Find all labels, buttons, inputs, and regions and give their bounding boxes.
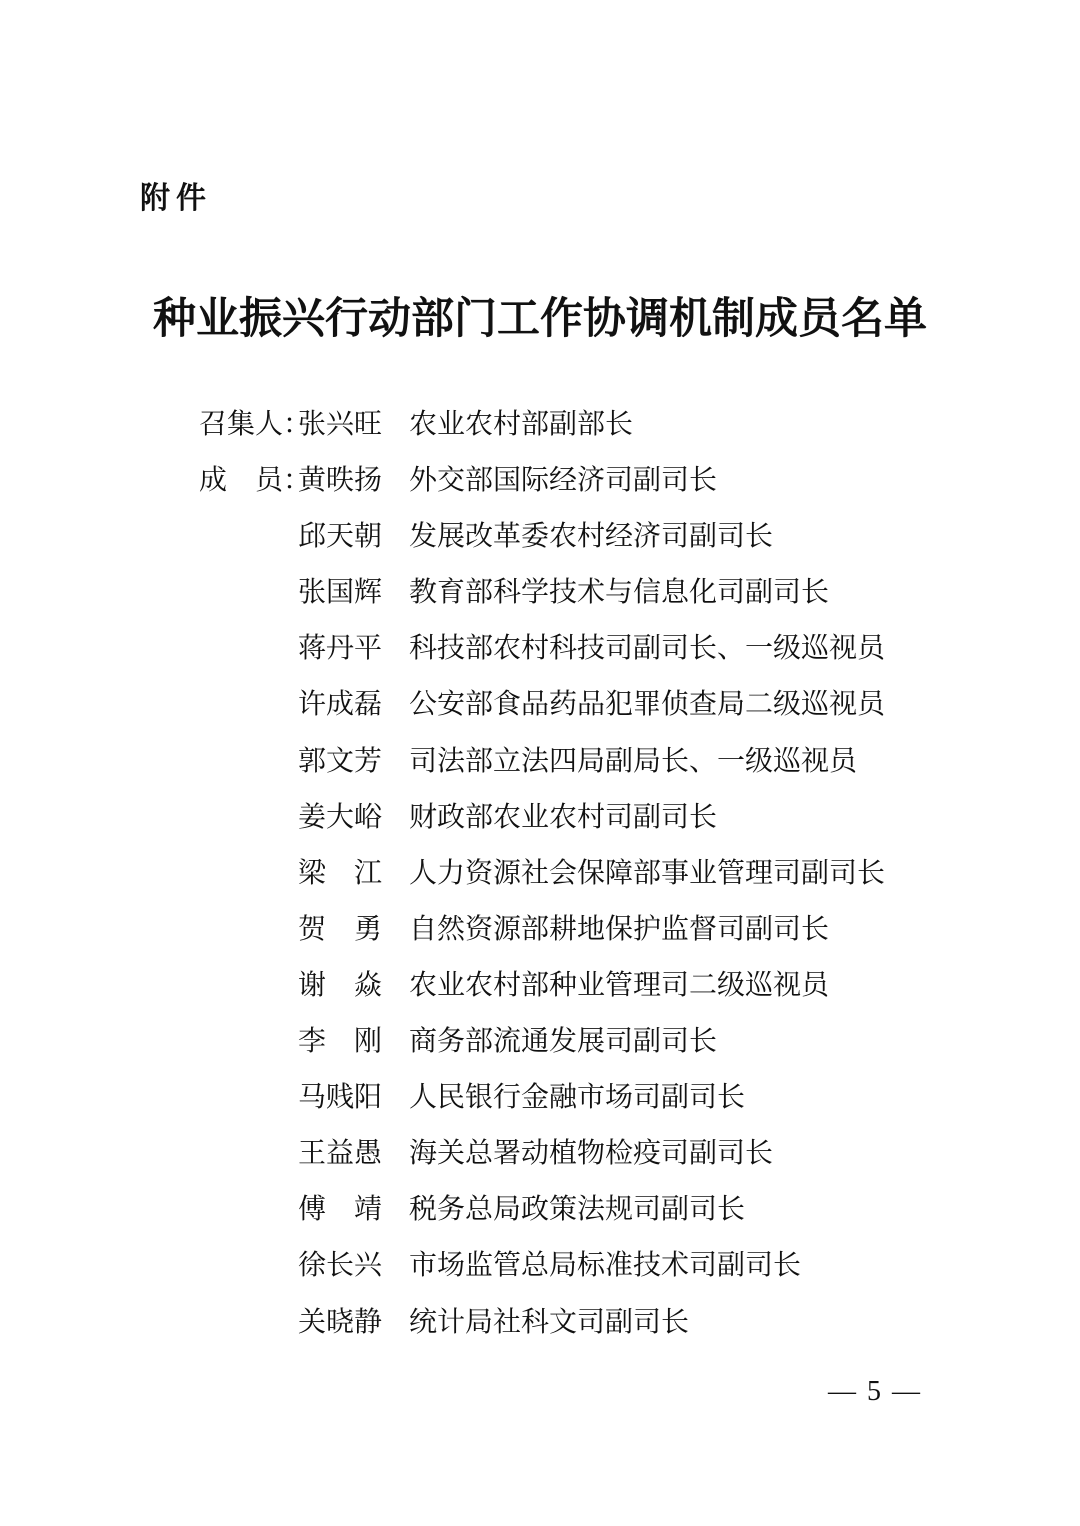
member-position: 科技部农村科技司副司长、一级巡视员 [409, 635, 885, 663]
member-position: 公安部食品药品犯罪侦查局二级巡视员 [409, 691, 885, 719]
member-name: 关晓静 [298, 1309, 390, 1337]
member-position: 商务部流通发展司副司长 [409, 1028, 717, 1056]
member-row: 蒋丹平 科技部农村科技司副司长、一级巡视员 [199, 635, 885, 691]
member-name: 张国辉 [298, 579, 390, 607]
member-position: 自然资源部耕地保护监督司副司长 [409, 916, 829, 944]
member-name: 张兴旺 [298, 411, 390, 439]
attachment-label: 附件 [140, 184, 212, 214]
member-name: 蒋丹平 [298, 635, 390, 663]
member-name: 徐长兴 [298, 1252, 390, 1280]
document-page: 附件 种业振兴行动部门工作协调机制成员名单 召集人： 张兴旺 农业农村部副部长 … [0, 0, 1080, 1526]
member-position: 教育部科学技术与信息化司副司长 [409, 579, 829, 607]
page-number: — 5 — [828, 1378, 922, 1406]
member-name: 郭文芳 [298, 748, 390, 776]
member-row: 许成磊 公安部食品药品犯罪侦查局二级巡视员 [199, 691, 885, 747]
member-position: 农业农村部种业管理司二级巡视员 [409, 972, 829, 1000]
member-row: 李 刚 商务部流通发展司副司长 [199, 1028, 885, 1084]
member-position: 税务总局政策法规司副司长 [409, 1196, 745, 1224]
member-row: 徐长兴 市场监管总局标准技术司副司长 [199, 1252, 885, 1308]
member-row: 成 员： 黄昳扬 外交部国际经济司副司长 [199, 467, 885, 523]
member-row: 姜大峪 财政部农业农村司副司长 [199, 804, 885, 860]
member-row: 郭文芳 司法部立法四局副局长、一级巡视员 [199, 748, 885, 804]
member-name: 邱天朝 [298, 523, 390, 551]
member-row: 邱天朝 发展改革委农村经济司副司长 [199, 523, 885, 579]
member-name: 马贱阳 [298, 1084, 390, 1112]
member-position: 海关总署动植物检疫司副司长 [409, 1140, 773, 1168]
member-name: 许成磊 [298, 691, 390, 719]
member-row: 梁 江 人力资源社会保障部事业管理司副司长 [199, 860, 885, 916]
member-row: 召集人： 张兴旺 农业农村部副部长 [199, 411, 885, 467]
member-row-label: 召集人： [199, 411, 298, 439]
member-row-label: 成 员： [199, 467, 298, 495]
member-position: 人民银行金融市场司副司长 [409, 1084, 745, 1112]
member-name: 谢 焱 [298, 972, 390, 1000]
member-name: 李 刚 [298, 1028, 390, 1056]
member-position: 财政部农业农村司副司长 [409, 804, 717, 832]
member-name: 傅 靖 [298, 1196, 390, 1224]
member-row: 马贱阳 人民银行金融市场司副司长 [199, 1084, 885, 1140]
member-name: 贺 勇 [298, 916, 390, 944]
member-position: 市场监管总局标准技术司副司长 [409, 1252, 801, 1280]
member-name: 梁 江 [298, 860, 390, 888]
member-position: 人力资源社会保障部事业管理司副司长 [409, 860, 885, 888]
member-name: 姜大峪 [298, 804, 390, 832]
member-position: 发展改革委农村经济司副司长 [409, 523, 773, 551]
member-list: 召集人： 张兴旺 农业农村部副部长 成 员： 黄昳扬 外交部国际经济司副司长 邱… [199, 411, 885, 1365]
member-name: 王益愚 [298, 1140, 390, 1168]
member-row: 贺 勇 自然资源部耕地保护监督司副司长 [199, 916, 885, 972]
member-row: 谢 焱 农业农村部种业管理司二级巡视员 [199, 972, 885, 1028]
member-row: 关晓静 统计局社科文司副司长 [199, 1309, 885, 1365]
member-position: 外交部国际经济司副司长 [409, 467, 717, 495]
member-position: 统计局社科文司副司长 [409, 1309, 689, 1337]
document-title: 种业振兴行动部门工作协调机制成员名单 [0, 296, 1080, 343]
member-position: 司法部立法四局副局长、一级巡视员 [409, 748, 857, 776]
member-position: 农业农村部副部长 [409, 411, 633, 439]
member-name: 黄昳扬 [298, 467, 390, 495]
member-row: 王益愚 海关总署动植物检疫司副司长 [199, 1140, 885, 1196]
member-row: 傅 靖 税务总局政策法规司副司长 [199, 1196, 885, 1252]
member-row: 张国辉 教育部科学技术与信息化司副司长 [199, 579, 885, 635]
